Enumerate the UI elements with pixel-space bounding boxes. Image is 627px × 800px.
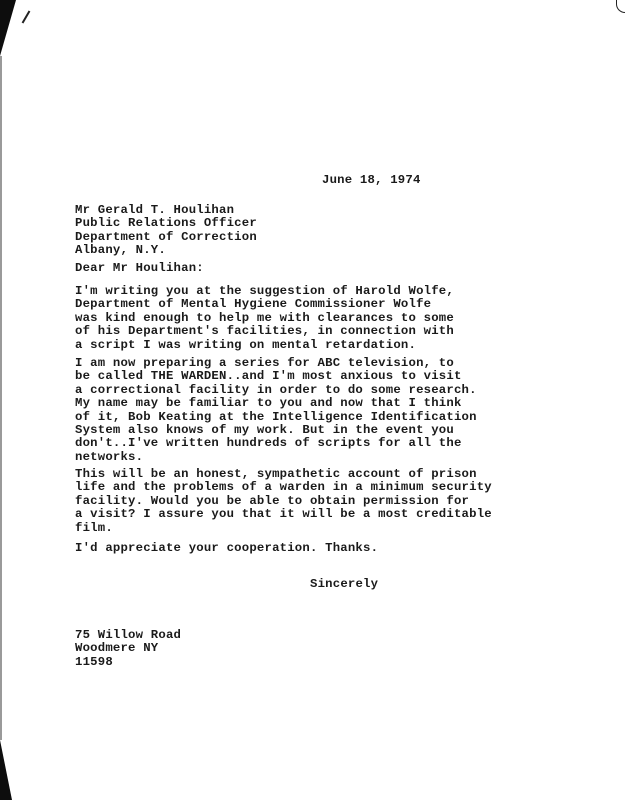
paragraph-2: I am now preparing a series for ABC tele… xyxy=(75,357,477,464)
text-line: a script I was writing on mental retarda… xyxy=(75,339,454,352)
text-line: Department of Mental Hygiene Commissione… xyxy=(75,298,454,311)
page-curl-mark xyxy=(616,0,625,13)
sender-address: 75 Willow Road Woodmere NY 11598 xyxy=(75,629,181,669)
paragraph-4: I'd appreciate your cooperation. Thanks. xyxy=(75,542,378,555)
text-line: I'm writing you at the suggestion of Har… xyxy=(75,285,454,298)
sender-line: 11598 xyxy=(75,656,181,669)
salutation: Dear Mr Houlihan: xyxy=(75,262,204,276)
letter-date: June 18, 1974 xyxy=(322,174,421,188)
closing: Sincerely xyxy=(310,578,378,592)
text-line: networks. xyxy=(75,451,477,464)
text-line: facility. Would you be able to obtain pe… xyxy=(75,495,492,508)
scan-edge xyxy=(0,56,2,740)
text-line: I'd appreciate your cooperation. Thanks. xyxy=(75,542,378,555)
text-line: be called THE WARDEN..and I'm most anxio… xyxy=(75,370,477,383)
recipient-line: Department of Correction xyxy=(75,231,257,244)
sender-line: Woodmere NY xyxy=(75,642,181,655)
pen-mark xyxy=(22,10,31,23)
recipient-address: Mr Gerald T. Houlihan Public Relations O… xyxy=(75,204,257,258)
text-line: My name may be familiar to you and now t… xyxy=(75,397,477,410)
text-line: of his Department's facilities, in conne… xyxy=(75,325,454,338)
text-line: was kind enough to help me with clearanc… xyxy=(75,312,454,325)
recipient-line: Albany, N.Y. xyxy=(75,244,257,257)
scan-corner-shadow-top-left xyxy=(0,0,16,56)
recipient-line: Public Relations Officer xyxy=(75,217,257,230)
sender-line: 75 Willow Road xyxy=(75,629,181,642)
paragraph-1: I'm writing you at the suggestion of Har… xyxy=(75,285,454,352)
text-line: System also knows of my work. But in the… xyxy=(75,424,477,437)
text-line: don't..I've written hundreds of scripts … xyxy=(75,437,477,450)
scan-corner-shadow-bottom-left xyxy=(0,740,12,800)
text-line: a visit? I assure you that it will be a … xyxy=(75,508,492,521)
text-line: I am now preparing a series for ABC tele… xyxy=(75,357,477,370)
text-line: This will be an honest, sympathetic acco… xyxy=(75,468,492,481)
recipient-line: Mr Gerald T. Houlihan xyxy=(75,204,257,217)
text-line: life and the problems of a warden in a m… xyxy=(75,481,492,494)
text-line: a correctional facility in order to do s… xyxy=(75,384,477,397)
paragraph-3: This will be an honest, sympathetic acco… xyxy=(75,468,492,535)
text-line: of it, Bob Keating at the Intelligence I… xyxy=(75,411,477,424)
text-line: film. xyxy=(75,522,492,535)
